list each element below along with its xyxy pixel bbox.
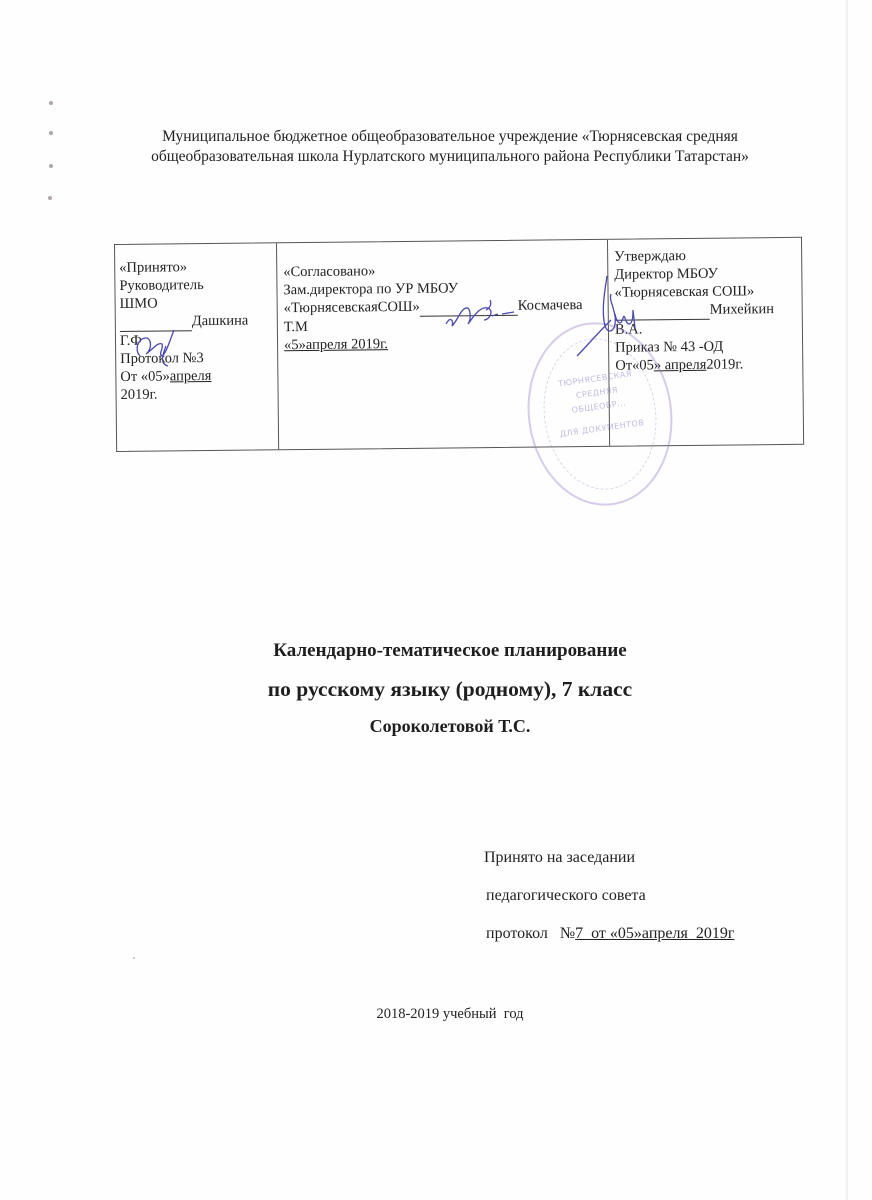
agreed-name: Космачева xyxy=(518,297,583,314)
binder-hole-mark xyxy=(49,101,53,105)
council-protocol-details: 7 от «05»апреля 2019г xyxy=(575,925,734,942)
school-header: Муниципальное бюджетное общеобразователь… xyxy=(100,127,800,167)
approved-date-year: 2019г. xyxy=(706,356,743,372)
approved-signature-row: Михейкин xyxy=(615,300,798,321)
accepted-initials: Г.Ф xyxy=(120,330,277,350)
approved-name: Михейкин xyxy=(710,301,774,318)
binder-hole-mark xyxy=(48,196,52,200)
scan-speck xyxy=(133,957,135,959)
accepted-signature-row: Дашкина xyxy=(120,311,277,332)
signature-line xyxy=(615,301,710,321)
accepted-date-year: 2019г. xyxy=(120,384,277,404)
document-subject: по русскому языку (родному), 7 класс xyxy=(100,677,800,702)
document-title: Календарно-тематическое планирование xyxy=(100,640,800,662)
accepted-protocol: Протокол №3 xyxy=(120,348,277,368)
council-line-1: Принято на заседании xyxy=(484,849,635,867)
accepted-name: Дашкина xyxy=(192,313,249,330)
council-line-3: протокол №7 от «05»апреля 2019г xyxy=(486,925,734,943)
council-line-2: педагогического совета xyxy=(486,887,646,905)
accepted-date-prefix: От «05» xyxy=(120,368,170,385)
approved-title: Утверждаю xyxy=(614,246,797,266)
binder-hole-mark xyxy=(49,131,53,135)
approval-table: «Принято» Руководитель ШМО Дашкина Г.Ф П… xyxy=(114,237,804,452)
binder-hole-mark xyxy=(49,164,53,168)
page-edge xyxy=(846,0,848,1200)
approved-initials: В.А. xyxy=(615,319,798,339)
document-author: Сороколетовой Т.С. xyxy=(100,716,800,737)
signature-line xyxy=(420,297,518,317)
accepted-cell: «Принято» Руководитель ШМО Дашкина Г.Ф П… xyxy=(115,243,278,451)
school-header-line-1: Муниципальное бюджетное общеобразователь… xyxy=(100,127,800,147)
document-page: Муниципальное бюджетное общеобразователь… xyxy=(0,0,872,1200)
accepted-date-month: апреля xyxy=(170,368,212,384)
agreed-school: «ТюрнясевскаяСОШ» xyxy=(284,299,420,316)
accepted-date: От «05»апреля xyxy=(120,366,277,386)
academic-year: 2018-2019 учебный год xyxy=(300,1006,600,1023)
council-protocol-prefix: протокол № xyxy=(486,925,575,942)
approved-role: Директор МБОУ xyxy=(614,264,797,284)
accepted-unit: ШМО xyxy=(120,293,277,313)
accepted-role: Руководитель xyxy=(119,275,276,295)
accepted-title: «Принято» xyxy=(119,257,276,277)
school-header-line-2: общеобразовательная школа Нурлатского му… xyxy=(100,147,800,167)
approved-school: «Тюрнясевская СОШ» xyxy=(614,282,797,302)
agreed-signature-row: «ТюрнясевскаяСОШ» Космачева xyxy=(284,296,604,318)
signature-line xyxy=(120,312,192,332)
